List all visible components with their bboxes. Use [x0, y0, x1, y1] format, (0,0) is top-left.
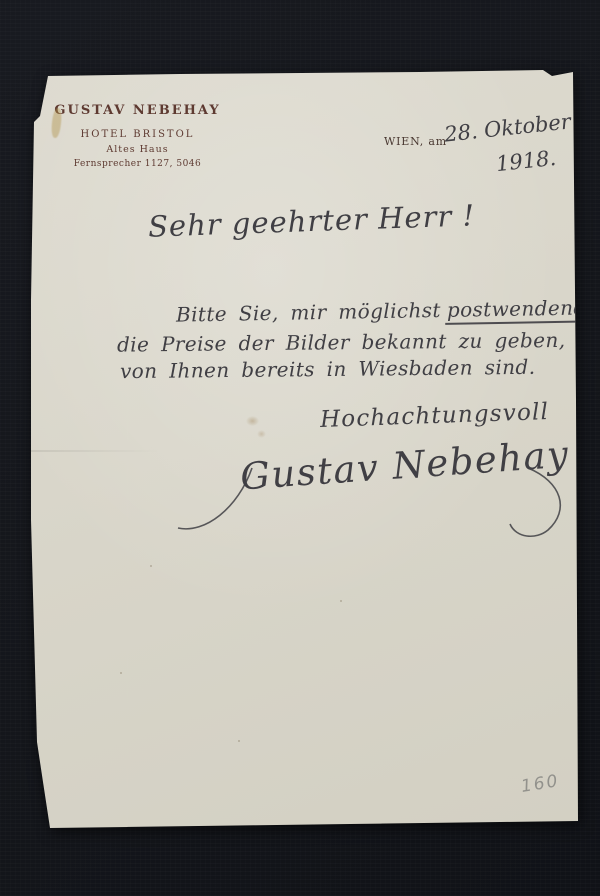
letterhead-name: GUSTAV NEBEHAY	[40, 103, 235, 118]
foxing-spot	[257, 430, 266, 438]
paper-speck	[120, 672, 122, 674]
letter-paper: GUSTAV NEBEHAY HOTEL BRISTOL Altes Haus …	[0, 0, 600, 896]
letterhead: GUSTAV NEBEHAY HOTEL BRISTOL Altes Haus …	[40, 103, 235, 169]
underlined-word: postwendend	[445, 295, 589, 325]
body-line-1-prefix: Bitte Sie, mir möglichst	[176, 298, 441, 327]
letterhead-house: Altes Haus	[40, 144, 235, 155]
photo-backdrop: GUSTAV NEBEHAY HOTEL BRISTOL Altes Haus …	[0, 0, 600, 896]
letter-paper-wrapper: GUSTAV NEBEHAY HOTEL BRISTOL Altes Haus …	[0, 0, 600, 896]
archival-number: 160	[520, 771, 561, 797]
signature: Gustav Nebehay	[239, 433, 571, 499]
body-line-1: Bitte Sie, mir möglichstpostwendend	[176, 295, 589, 326]
dateline-day-month: 28. Oktober	[443, 109, 572, 146]
closing: Hochachtungsvoll	[320, 399, 550, 433]
body-line-2: die Preise der Bilder bekannt zu geben, …	[117, 327, 600, 356]
fold-crease	[31, 450, 161, 452]
dateline-printed: WIEN, am	[384, 135, 447, 148]
body-line-3: von Ihnen bereits in Wiesbaden sind.	[120, 355, 536, 383]
paper-speck	[238, 740, 240, 742]
paper-speck	[150, 565, 152, 567]
dateline-year: 1918.	[495, 146, 557, 176]
salutation: Sehr geehrter Herr !	[148, 198, 476, 243]
letterhead-hotel: HOTEL BRISTOL	[40, 129, 235, 140]
foxing-spot	[246, 416, 259, 426]
paper-speck	[340, 600, 342, 602]
letterhead-phone: Fernsprecher 1127, 5046	[40, 159, 235, 169]
